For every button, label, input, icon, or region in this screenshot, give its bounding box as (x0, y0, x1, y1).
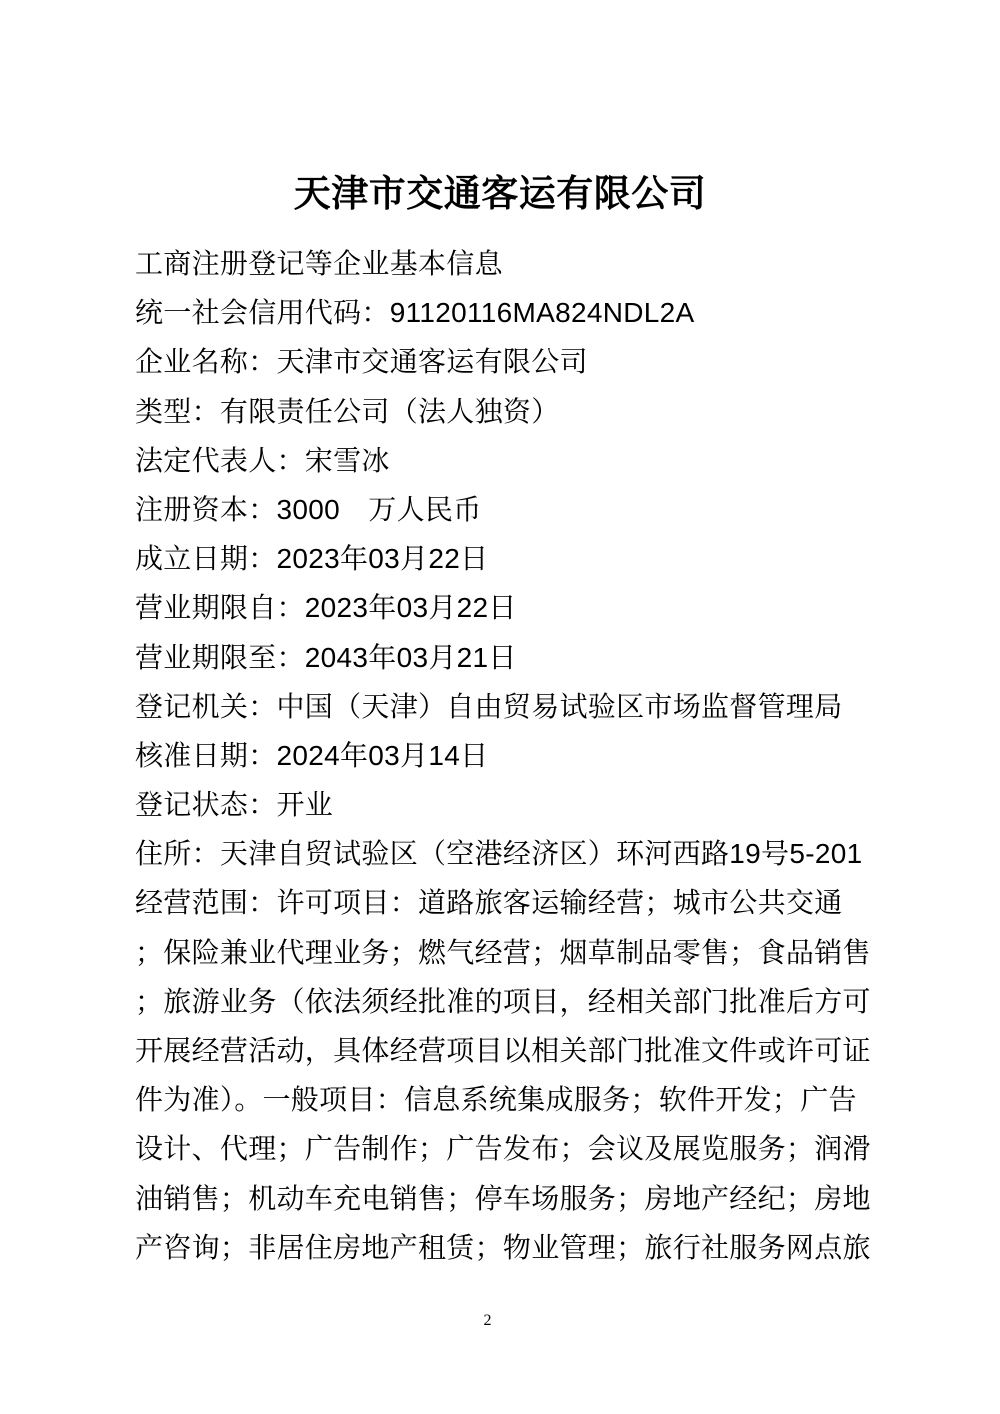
business-scope-line-4: 开展经营活动，具体经营项目以相关部门批准文件或许可证 (135, 1026, 895, 1075)
business-scope-line-7: 油销售；机动车充电销售；停车场服务；房地产经纪；房地 (135, 1174, 895, 1223)
info-line-business-term-from: 营业期限自：2023年03月22日 (135, 583, 895, 632)
info-line-registration-authority: 登记机关：中国（天津）自由贸易试验区市场监督管理局 (135, 682, 895, 731)
info-line-company-name: 企业名称：天津市交通客运有限公司 (135, 337, 895, 386)
info-line-legal-representative: 法定代表人：宋雪冰 (135, 436, 895, 485)
info-line-establishment-date: 成立日期：2023年03月22日 (135, 534, 895, 583)
business-scope-line-6: 设计、代理；广告制作；广告发布；会议及展览服务；润滑 (135, 1124, 895, 1173)
business-scope-line-8: 产咨询；非居住房地产租赁；物业管理；旅行社服务网点旅 (135, 1223, 895, 1272)
info-line-credit-code: 统一社会信用代码：91120116MA824NDL2A (135, 288, 895, 337)
page-number: 2 (0, 1311, 975, 1331)
business-scope-line-2: ；保险兼业代理业务；燃气经营；烟草制品零售；食品销售 (135, 928, 895, 977)
document-body: 工商注册登记等企业基本信息 统一社会信用代码：91120116MA824NDL2… (135, 239, 895, 1272)
info-line-company-type: 类型：有限责任公司（法人独资） (135, 387, 895, 436)
info-line-address: 住所：天津自贸试验区（空港经济区）环河西路19号5-201 (135, 829, 895, 878)
document-title: 天津市交通客运有限公司 (0, 168, 1000, 220)
info-line-registered-capital: 注册资本：3000 万人民币 (135, 485, 895, 534)
document-page: 天津市交通客运有限公司 工商注册登记等企业基本信息 统一社会信用代码：91120… (0, 0, 1000, 1414)
info-line-approval-date: 核准日期：2024年03月14日 (135, 731, 895, 780)
info-line-registration-status: 登记状态：开业 (135, 780, 895, 829)
section-heading: 工商注册登记等企业基本信息 (135, 239, 895, 288)
business-scope-line-1: 经营范围：许可项目：道路旅客运输经营；城市公共交通 (135, 878, 895, 927)
info-line-business-term-to: 营业期限至：2043年03月21日 (135, 633, 895, 682)
business-scope-line-5: 件为准）。一般项目：信息系统集成服务；软件开发；广告 (135, 1075, 895, 1124)
business-scope-line-3: ；旅游业务（依法须经批准的项目，经相关部门批准后方可 (135, 977, 895, 1026)
